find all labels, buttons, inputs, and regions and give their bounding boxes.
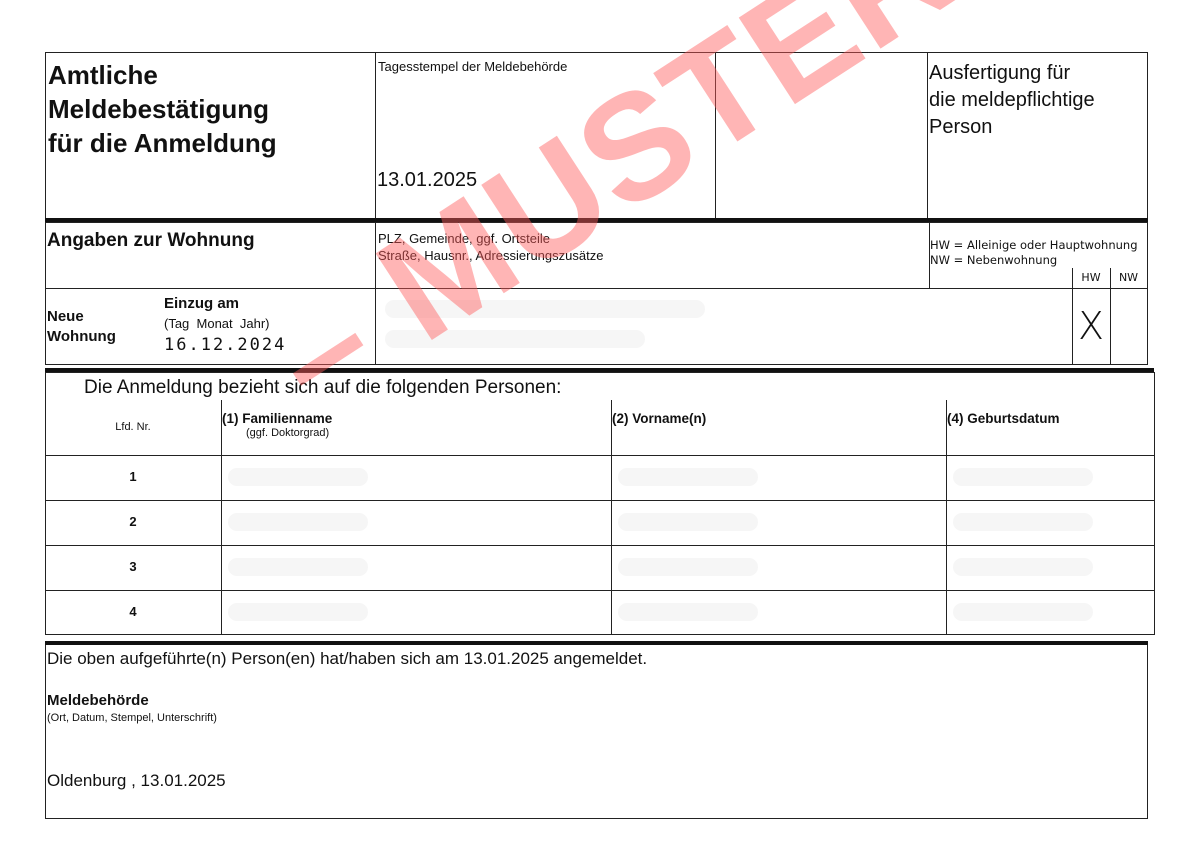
- redacted-value: [618, 468, 758, 486]
- divider: [45, 288, 1148, 289]
- divider: [715, 52, 716, 222]
- divider: [45, 545, 1155, 546]
- address-hint: PLZ, Gemeinde, ggf. Ortsteile Straße, Ha…: [378, 230, 603, 264]
- move-in-hint: (Tag Monat Jahr): [164, 316, 270, 331]
- redacted-value: [228, 558, 368, 576]
- row-index: 1: [45, 469, 221, 484]
- new-dwelling-label: Neue Wohnung: [47, 307, 116, 347]
- stamp-label: Tagesstempel der Meldebehörde: [378, 59, 567, 74]
- divider: [375, 52, 376, 222]
- stamp-date: 13.01.2025: [377, 169, 477, 192]
- redacted-value: [228, 513, 368, 531]
- redacted-value: [228, 603, 368, 621]
- divider: [611, 400, 612, 635]
- redacted-value: [953, 513, 1093, 531]
- copy-note: Ausfertigung für die meldepflichtige Per…: [929, 60, 1095, 141]
- move-in-label: Einzug am: [164, 295, 239, 312]
- row-index: 3: [45, 559, 221, 574]
- redacted-address: [385, 300, 705, 318]
- move-in-date: 16.12.2024: [164, 335, 286, 355]
- divider: [45, 641, 1148, 645]
- divider: [927, 52, 928, 222]
- col-nw-label: NW: [1110, 271, 1147, 284]
- col-header-family-name: (1) Familienname (ggf. Doktorgrad): [222, 411, 332, 439]
- residence-type-legend: HW = Alleinige oder Hauptwohnung NW = Ne…: [930, 238, 1138, 268]
- col-header-index: Lfd. Nr.: [45, 421, 221, 433]
- document-title: Amtliche Meldebestätigung für die Anmeld…: [48, 58, 277, 160]
- row-index: 4: [45, 604, 221, 619]
- place-and-date: Oldenburg , 13.01.2025: [47, 771, 226, 791]
- col-header-birth-date: (4) Geburtsdatum: [947, 411, 1060, 426]
- dwelling-section-title: Angaben zur Wohnung: [47, 230, 255, 252]
- redacted-value: [618, 603, 758, 621]
- hw-checkbox-mark[interactable]: X: [1072, 304, 1110, 348]
- col-header-first-name: (2) Vorname(n): [612, 411, 706, 426]
- divider: [946, 400, 947, 635]
- divider: [45, 500, 1155, 501]
- persons-intro: Die Anmeldung bezieht sich auf die folge…: [84, 377, 561, 399]
- redacted-value: [618, 558, 758, 576]
- row-index: 2: [45, 514, 221, 529]
- authority-label: Meldebehörde: [47, 692, 149, 709]
- redacted-value: [618, 513, 758, 531]
- redacted-value: [953, 603, 1093, 621]
- redacted-value: [953, 468, 1093, 486]
- col-hw-label: HW: [1072, 271, 1110, 284]
- confirmation-statement: Die oben aufgeführte(n) Person(en) hat/h…: [47, 649, 647, 669]
- divider: [45, 455, 1155, 456]
- redacted-value: [953, 558, 1093, 576]
- authority-hint: (Ort, Datum, Stempel, Unterschrift): [47, 712, 217, 724]
- divider: [375, 222, 376, 365]
- redacted-address: [385, 330, 645, 348]
- nw-checkbox-mark[interactable]: [1110, 304, 1147, 348]
- divider: [45, 590, 1155, 591]
- redacted-value: [228, 468, 368, 486]
